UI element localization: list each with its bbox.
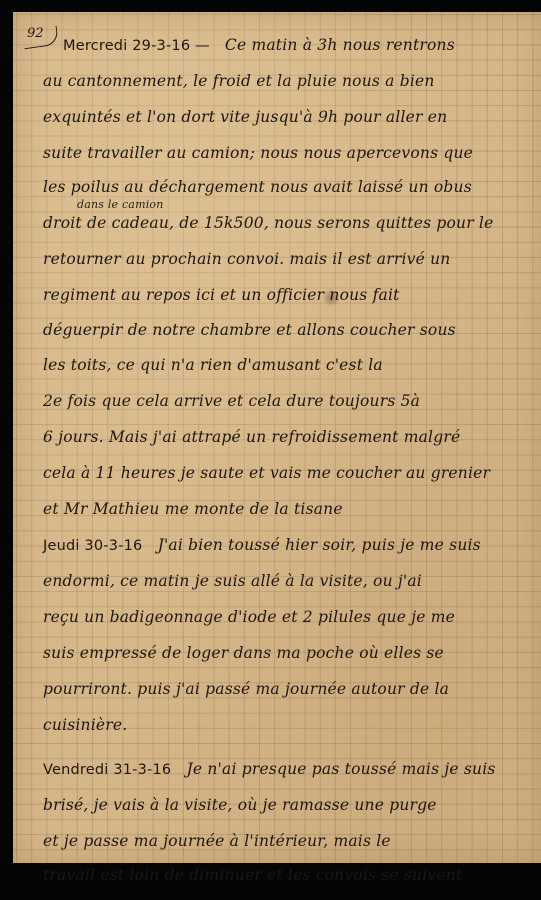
entry-2-line-1: Jeudi 30-3-16 J'ai bien toussé hier soir… [43,536,481,554]
entry-date: Vendredi 31-3-16 [43,762,171,778]
entry-1-line-4: suite travailler au camion; nous nous ap… [43,144,473,162]
entry-1-line-8: regiment au repos ici et un officier nou… [43,286,400,304]
entry-date: Jeudi 30-3-16 [43,538,142,554]
entry-date: Mercredi 29-3-16 — [63,38,210,54]
entry-text: J'ai bien toussé hier soir, puis je me s… [158,536,481,554]
entry-1-line-13: cela à 11 heures je saute et vais me cou… [43,464,490,482]
entry-2-line-6: cuisinière. [43,716,127,734]
entry-2-line-2: endormi, ce matin je suis allé à la visi… [43,572,422,590]
entry-1-line-7: retourner au prochain convoi. mais il es… [43,250,450,268]
entry-text: Ce matin à 3h nous rentrons [225,36,455,54]
entry-1-line-12: 6 jours. Mais j'ai attrapé un refroidiss… [43,428,460,446]
entry-2-line-4: suis empressé de loger dans ma poche où … [43,644,444,662]
entry-3-line-4: travail est loin de diminuer et les conv… [43,866,462,884]
entry-text: Je n'ai presque pas toussé mais je suis [186,760,495,778]
entry-1-line-2: au cantonnement, le froid et la pluie no… [43,72,435,90]
entry-1-line-14: et Mr Mathieu me monte de la tisane [43,500,343,518]
entry-3-line-3: et je passe ma journée à l'intérieur, ma… [43,832,391,850]
entry-1-line-1: Mercredi 29-3-16 — Ce matin à 3h nous re… [63,36,455,54]
document-viewport: 92 Mercredi 29-3-16 — Ce matin à 3h nous… [0,0,541,900]
entry-1-line-6: droit de cadeau, de 15k500, nous serons … [43,214,493,232]
entry-3-line-1: Vendredi 31-3-16 Je n'ai presque pas tou… [43,760,496,778]
entry-1-line-11: 2e fois que cela arrive et cela dure tou… [43,392,420,410]
page-number: 92 [27,26,44,41]
entry-3-line-2: brisé, je vais à la visite, où je ramass… [43,796,437,814]
entry-1-line-3: exquintés et l'on dort vite jusqu'à 9h p… [43,108,447,126]
graph-paper-page: 92 Mercredi 29-3-16 — Ce matin à 3h nous… [13,12,541,863]
entry-1-line-5: les poilus au déchargement nous avait la… [43,178,472,196]
entry-2-line-5: pourriront. puis j'ai passé ma journée a… [43,680,449,698]
interlinear-insertion: dans le camion [77,198,164,211]
entry-1-line-9: déguerpir de notre chambre et allons cou… [43,321,456,339]
entry-1-line-10: les toits, ce qui n'a rien d'amusant c'e… [43,356,383,374]
entry-2-line-3: reçu un badigeonnage d'iode et 2 pilules… [43,608,455,626]
